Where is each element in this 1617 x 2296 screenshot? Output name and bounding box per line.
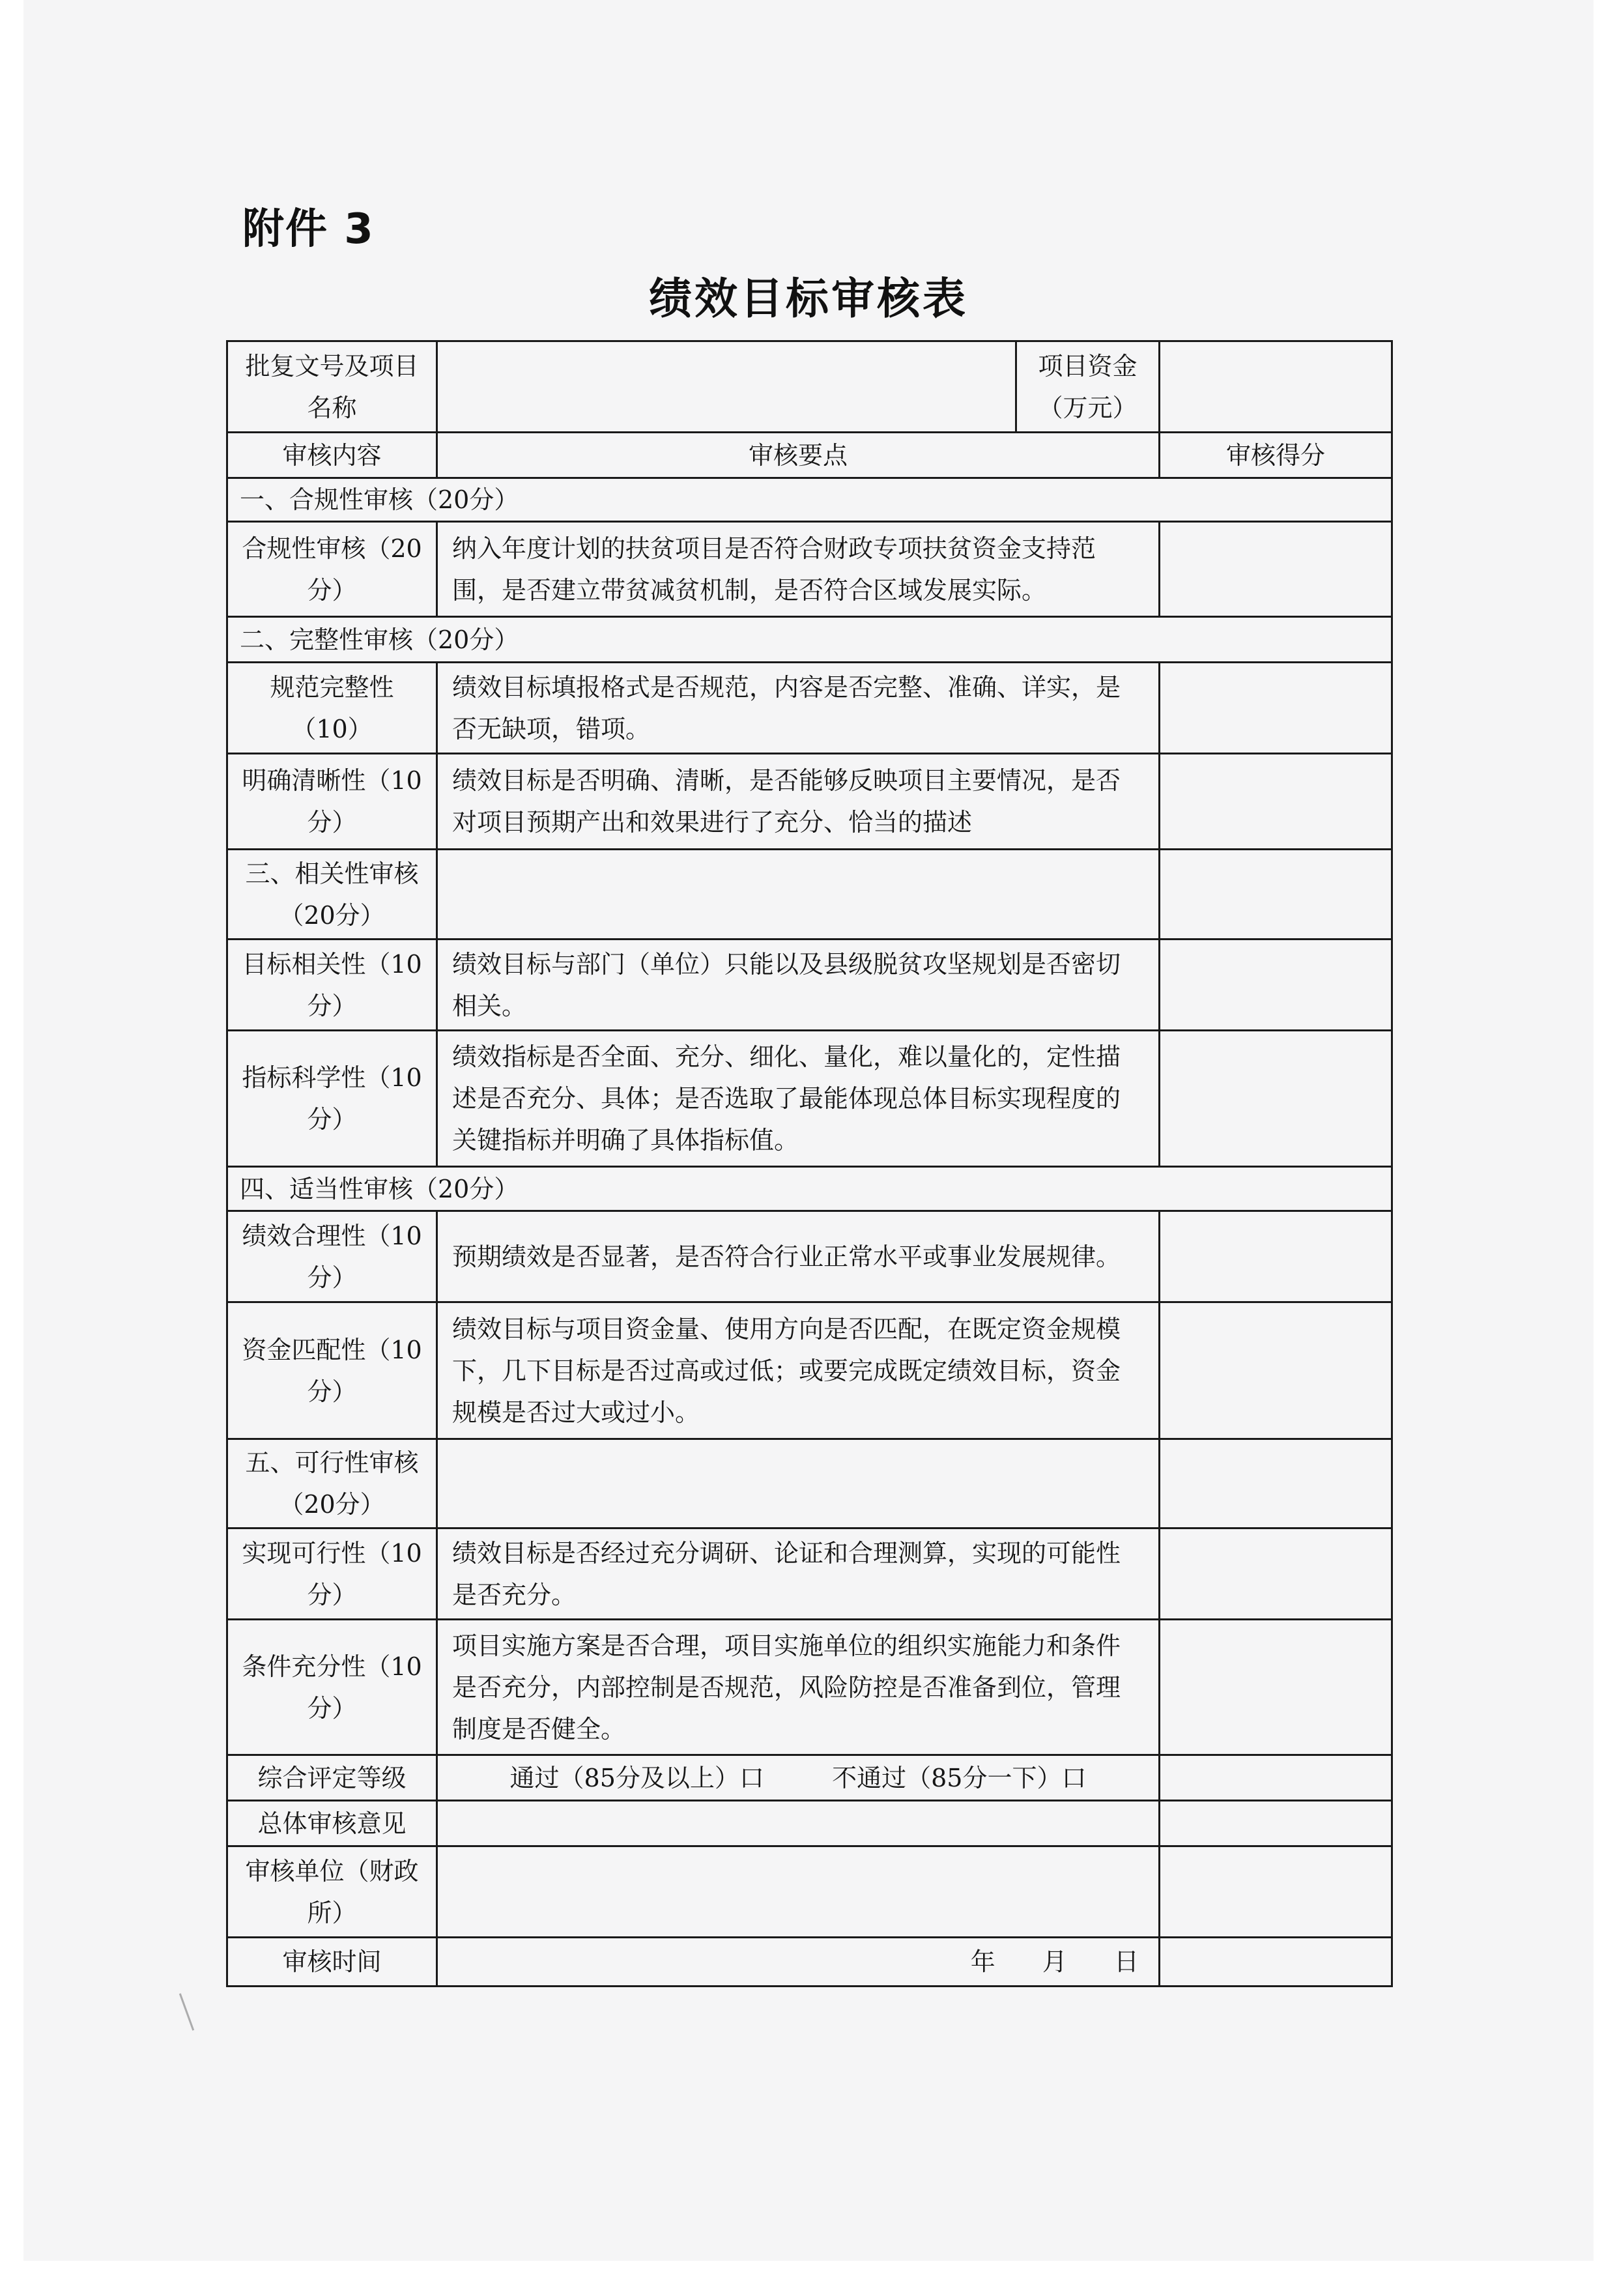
column-header-row: 审核内容 审核要点 审核得分 <box>227 433 1392 478</box>
unit-extra-field[interactable] <box>1160 1846 1392 1938</box>
section-score-field[interactable] <box>1160 1439 1392 1528</box>
section-title: 三、相关性审核（20分） <box>227 850 437 940</box>
date-field[interactable]: 年 月 日 <box>437 1938 1160 1987</box>
date-month: 月 <box>1042 1941 1067 1983</box>
score-field[interactable] <box>1160 754 1392 850</box>
section-title: 四、适当性审核（20分） <box>227 1167 1392 1211</box>
criterion-points: 绩效目标与部门（单位）只能以及县级脱贫攻坚规划是否密切相关。 <box>437 940 1160 1031</box>
rating-score-field[interactable] <box>1160 1755 1392 1801</box>
opinion-field[interactable] <box>437 1801 1160 1846</box>
project-funds-field[interactable] <box>1160 341 1392 433</box>
criterion-label: 目标相关性（10分） <box>227 940 437 1031</box>
table-row: 实现可行性（10分） 绩效目标是否经过充分调研、论证和合理测算，实现的可能性是否… <box>227 1528 1392 1620</box>
section-title: 二、完整性审核（20分） <box>227 617 1392 663</box>
criterion-label: 资金匹配性（10分） <box>227 1302 437 1439</box>
score-field[interactable] <box>1160 522 1392 617</box>
table-row: 明确清晰性（10分） 绩效目标是否明确、清晰，是否能够反映项目主要情况，是否对项… <box>227 754 1392 850</box>
score-field[interactable] <box>1160 940 1392 1031</box>
score-field[interactable] <box>1160 1211 1392 1302</box>
section-row: 一、合规性审核（20分） <box>227 478 1392 522</box>
opinion-label: 总体审核意见 <box>227 1801 437 1846</box>
project-name-label: 批复文号及项目名称 <box>227 341 437 433</box>
document-title: 绩效目标审核表 <box>0 264 1617 326</box>
section-points-empty <box>437 850 1160 940</box>
criterion-points: 项目实施方案是否合理，项目实施单位的组织实施能力和条件是否充分，内部控制是否规范… <box>437 1620 1160 1755</box>
rating-options: 通过（85分及以上）口 不通过（85分一下）口 <box>437 1755 1160 1801</box>
project-info-row: 批复文号及项目名称 项目资金（万元） <box>227 341 1392 433</box>
rating-label: 综合评定等级 <box>227 1755 437 1801</box>
opinion-extra-field[interactable] <box>1160 1801 1392 1846</box>
section-row: 五、可行性审核（20分） <box>227 1439 1392 1528</box>
criterion-points: 绩效目标是否经过充分调研、论证和合理测算，实现的可能性是否充分。 <box>437 1528 1160 1620</box>
table-row: 资金匹配性（10分） 绩效目标与项目资金量、使用方向是否匹配，在既定资金规模下，… <box>227 1302 1392 1439</box>
rating-fail-checkbox[interactable]: 不通过（85分一下）口 <box>832 1764 1086 1792</box>
criterion-label: 条件充分性（10分） <box>227 1620 437 1755</box>
score-field[interactable] <box>1160 663 1392 754</box>
criterion-label: 规范完整性（10） <box>227 663 437 754</box>
rating-pass-checkbox[interactable]: 通过（85分及以上）口 <box>510 1764 764 1792</box>
performance-review-table: 批复文号及项目名称 项目资金（万元） 审核内容 审核要点 审核得分 一、合规性审… <box>226 340 1393 1987</box>
table-row: 指标科学性（10分） 绩效指标是否全面、充分、细化、量化，难以量化的，定性描述是… <box>227 1031 1392 1167</box>
section-row: 三、相关性审核（20分） <box>227 850 1392 940</box>
table-row: 合规性审核（20分） 纳入年度计划的扶贫项目是否符合财政专项扶贫资金支持范围，是… <box>227 522 1392 617</box>
criterion-points: 绩效目标填报格式是否规范，内容是否完整、准确、详实，是否无缺项，错项。 <box>437 663 1160 754</box>
rating-row: 综合评定等级 通过（85分及以上）口 不通过（85分一下）口 <box>227 1755 1392 1801</box>
criterion-points: 纳入年度计划的扶贫项目是否符合财政专项扶贫资金支持范围，是否建立带贫减贫机制，是… <box>437 522 1160 617</box>
score-field[interactable] <box>1160 1620 1392 1755</box>
score-field[interactable] <box>1160 1528 1392 1620</box>
section-points-empty <box>437 1439 1160 1528</box>
table-row: 目标相关性（10分） 绩效目标与部门（单位）只能以及县级脱贫攻坚规划是否密切相关… <box>227 940 1392 1031</box>
column-header-content: 审核内容 <box>227 433 437 478</box>
section-score-field[interactable] <box>1160 850 1392 940</box>
opinion-row: 总体审核意见 <box>227 1801 1392 1846</box>
criterion-points: 绩效目标与项目资金量、使用方向是否匹配，在既定资金规模下，几下目标是否过高或过低… <box>437 1302 1160 1439</box>
section-title: 一、合规性审核（20分） <box>227 478 1392 522</box>
section-title: 五、可行性审核（20分） <box>227 1439 437 1528</box>
section-row: 四、适当性审核（20分） <box>227 1167 1392 1211</box>
section-row: 二、完整性审核（20分） <box>227 617 1392 663</box>
date-day: 日 <box>1114 1941 1139 1983</box>
criterion-label: 实现可行性（10分） <box>227 1528 437 1620</box>
criterion-points: 预期绩效是否显著，是否符合行业正常水平或事业发展规律。 <box>437 1211 1160 1302</box>
unit-field[interactable] <box>437 1846 1160 1938</box>
criterion-label: 明确清晰性（10分） <box>227 754 437 850</box>
criterion-label: 指标科学性（10分） <box>227 1031 437 1167</box>
unit-row: 审核单位（财政所） <box>227 1846 1392 1938</box>
column-header-points: 审核要点 <box>437 433 1160 478</box>
table-row: 条件充分性（10分） 项目实施方案是否合理，项目实施单位的组织实施能力和条件是否… <box>227 1620 1392 1755</box>
date-year: 年 <box>971 1941 995 1983</box>
project-name-field[interactable] <box>437 341 1016 433</box>
unit-label: 审核单位（财政所） <box>227 1846 437 1938</box>
criterion-label: 合规性审核（20分） <box>227 522 437 617</box>
criterion-label: 绩效合理性（10分） <box>227 1211 437 1302</box>
column-header-score: 审核得分 <box>1160 433 1392 478</box>
criterion-points: 绩效目标是否明确、清晰，是否能够反映项目主要情况，是否对项目预期产出和效果进行了… <box>437 754 1160 850</box>
project-funds-label: 项目资金（万元） <box>1016 341 1160 433</box>
time-row: 审核时间 年 月 日 <box>227 1938 1392 1987</box>
criterion-points: 绩效指标是否全面、充分、细化、量化，难以量化的，定性描述是否充分、具体；是否选取… <box>437 1031 1160 1167</box>
table-row: 绩效合理性（10分） 预期绩效是否显著，是否符合行业正常水平或事业发展规律。 <box>227 1211 1392 1302</box>
attachment-label: 附件 3 <box>242 195 375 255</box>
score-field[interactable] <box>1160 1302 1392 1439</box>
time-extra-field[interactable] <box>1160 1938 1392 1987</box>
score-field[interactable] <box>1160 1031 1392 1167</box>
table-row: 规范完整性（10） 绩效目标填报格式是否规范，内容是否完整、准确、详实，是否无缺… <box>227 663 1392 754</box>
time-label: 审核时间 <box>227 1938 437 1987</box>
